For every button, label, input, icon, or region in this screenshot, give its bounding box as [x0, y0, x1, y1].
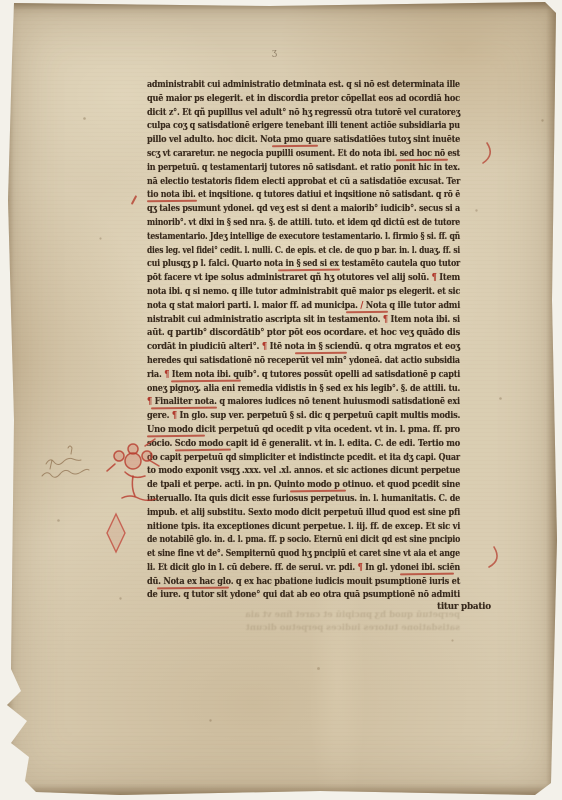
scanned-page-photo: ʒ administrabit cui administratio detmin… [0, 0, 562, 800]
text-line: do capit perpetuū qd simpliciter et indi… [147, 452, 460, 466]
red-diamond-mark [103, 512, 129, 556]
text-block: administrabit cui administratio detminat… [147, 79, 460, 603]
text-line: impub. et alij substitu. Sexto modo dici… [147, 507, 460, 521]
text-line: culpa coʒ q satisdationē erigere teneban… [147, 120, 460, 134]
text-line: de notabilē glo. in. d. l. pma. ff. p so… [147, 534, 460, 548]
marginal-handwriting [38, 442, 108, 492]
text-line: gere. ¶ In glo. sup ver. perpetuū § si. … [147, 410, 460, 424]
paper-specks [0, 0, 1, 1]
margin-flourish-decoration [105, 438, 165, 508]
text-line: dicit z°. Et qñ pupillus vel adult° nō h… [147, 107, 460, 121]
text-line: heredes qui satisdationē nō receperūt ve… [147, 355, 460, 369]
quire-signature-mark: ʒ [272, 48, 277, 58]
text-line: interuallo. Ita quis dicit esse furiosus… [147, 493, 460, 507]
text-line: nitione tpis. ita exceptiones dicunt per… [147, 521, 460, 535]
text-line: dies leg. vel fidei° cedit. l. nulli. C.… [147, 245, 460, 259]
text-line: in perpetuū. q testamentarij tutores nō … [147, 162, 460, 176]
showthrough-line: satisdatione tutores iudices perpetuo di… [150, 622, 460, 635]
text-line: qʒ tales psumunt ydonei. qd veʒ est si d… [147, 203, 460, 217]
manuscript-page: ʒ administrabit cui administratio detmin… [0, 0, 562, 800]
showthrough-line: perpetuū quod hʒ pncipiū et caret fine v… [150, 609, 460, 622]
text-line: quē maior ps elegerit. et in discordia p… [147, 93, 460, 107]
text-line: nota q stat maiori parti. l. maior ff. a… [147, 300, 460, 314]
ink-showthrough: perpetuū quod hʒ pncipiū et caret fine v… [150, 609, 460, 634]
text-line: et sine fine vt de°. Sempiternū quod hʒ … [147, 548, 460, 562]
text-line: nota ibi. q si nemo. q ille tutor admini… [147, 286, 460, 300]
right-margin-flourish [481, 141, 499, 165]
text-line: minorib°. vt dixi in § sed nra. §. de at… [147, 217, 460, 231]
text-line: pōt facere vt ipe solus administraret qñ… [147, 272, 460, 286]
text-line: de iure. q tutor sit ydone° qui dat ab e… [147, 589, 460, 603]
text-line: oneʒ pignoʒ. alia eni remedia vidistis i… [147, 383, 460, 397]
text-line: nā electio testatoris fidem electi appro… [147, 176, 460, 190]
text-line: nistrabit cui administratio ascripta sit… [147, 314, 460, 328]
text-line: testamentario. Jdeʒ intellige de executo… [147, 231, 460, 245]
right-margin-flourish [487, 545, 505, 569]
text-line: aūt. q partib° discordātib° ptor pōt eos… [147, 327, 460, 341]
text-line: administrabit cui administratio detminat… [147, 79, 460, 93]
text-line: to modo exponit vsqʒ .xxx. vel .xl. anno… [147, 465, 460, 479]
